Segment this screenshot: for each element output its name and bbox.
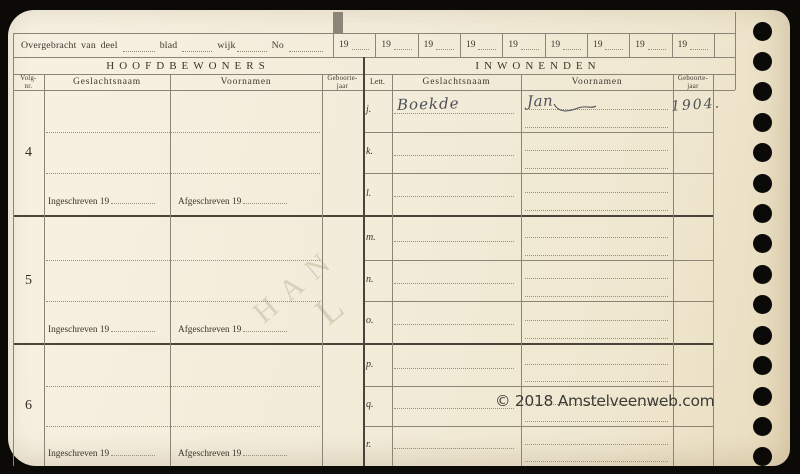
year-cell: 19 (672, 33, 714, 57)
volgnr-value: 5 (13, 218, 44, 343)
wijk-label: wijk (217, 40, 235, 51)
dotted-writing-line (46, 173, 320, 174)
grid-line-v (392, 74, 393, 466)
blank-cell (342, 12, 363, 33)
year-cell: 19 (587, 33, 629, 57)
dotted-fill-line (111, 201, 155, 204)
dotted-writing-line (394, 368, 514, 369)
column-header-voornamen-right: Voornamen (521, 74, 673, 90)
volgnr-value: 6 (13, 346, 44, 466)
scanned-register-card: HAN L 19 19 19 19 19 19 19 19 19 (0, 0, 800, 474)
lett-value: q. (366, 399, 388, 410)
year-prefix: 19 (551, 40, 561, 50)
blad-label: blad (160, 40, 178, 51)
binder-hole (753, 417, 772, 436)
column-header-lett: Lett. (363, 74, 392, 90)
binder-hole (753, 265, 772, 284)
transfer-row: Overgebracht van deel blad wijk No (13, 33, 341, 57)
column-header-geslachtsnaam-left: Geslachtsnaam (44, 74, 170, 90)
binder-hole (753, 234, 772, 253)
dotted-fill-line (436, 49, 454, 50)
dotted-writing-line (394, 196, 514, 197)
dotted-fill-line (352, 49, 370, 50)
dotted-writing-line (394, 241, 514, 242)
transfer-label: Overgebracht van deel (21, 40, 118, 51)
dotted-writing-line (46, 386, 320, 387)
ingeschreven-label: Ingeschreven 19 (48, 449, 155, 459)
year-cell: 19 (502, 33, 544, 57)
dotted-writing-line (394, 448, 514, 449)
column-header-volgnr: Volg- nr. (13, 74, 44, 90)
dotted-fill-line (243, 453, 287, 456)
grid-line-v (44, 74, 45, 466)
grid-line-h (363, 426, 713, 427)
grid-line-h (363, 301, 713, 302)
dotted-writing-line (525, 192, 668, 193)
lett-value: n. (366, 274, 388, 285)
column-header-line: Volg- (13, 75, 44, 83)
dotted-writing-line (525, 320, 668, 321)
dotted-writing-line (525, 364, 668, 365)
section-title-inwonenden: INWONENDEN (363, 58, 713, 74)
copyright-watermark: © 2018 Amstelveenweb.com (495, 392, 714, 410)
ingeschreven-text: Ingeschreven 19 (48, 325, 109, 335)
afgeschreven-label: Afgeschreven 19 (178, 197, 287, 207)
afgeschreven-text: Afgeschreven 19 (178, 325, 241, 335)
dotted-fill-line (111, 329, 155, 332)
binder-hole (753, 447, 772, 466)
ingeschreven-label: Ingeschreven 19 (48, 197, 155, 207)
column-header-geboortejaar-right: Geboorte- jaar (673, 74, 713, 90)
afgeschreven-text: Afgeschreven 19 (178, 197, 241, 207)
dotted-writing-line (525, 421, 668, 422)
year-prefix: 19 (466, 40, 476, 50)
year-prefix: 19 (635, 40, 645, 50)
lett-value: l. (366, 188, 388, 199)
grid-line-h (363, 386, 713, 387)
lett-value: j. (366, 104, 388, 115)
dotted-fill-line (111, 453, 155, 456)
dotted-fill-line (394, 49, 412, 50)
dotted-writing-line (525, 461, 668, 462)
section-divider-v (363, 57, 365, 466)
year-prefix: 19 (508, 40, 518, 50)
dotted-writing-line (46, 301, 320, 302)
lett-value: k. (366, 146, 388, 157)
blank-cell (714, 33, 735, 57)
dotted-writing-line (394, 324, 514, 325)
dotted-fill-line (563, 49, 581, 50)
binder-hole (753, 82, 772, 101)
binder-hole (753, 143, 772, 162)
lett-value: r. (366, 439, 388, 450)
lett-value: o. (366, 315, 388, 326)
grid-line-v (735, 12, 736, 90)
column-header-geslachtsnaam-right: Geslachtsnaam (392, 74, 521, 90)
year-cell: 19 (418, 33, 460, 57)
binder-hole (753, 295, 772, 314)
year-prefix: 19 (424, 40, 434, 50)
year-cell: 19 (375, 33, 417, 57)
binder-hole (753, 326, 772, 345)
dotted-writing-line (525, 210, 668, 211)
dotted-fill-line (289, 39, 323, 52)
dotted-writing-line (525, 127, 668, 128)
binder-hole (753, 174, 772, 193)
grid-line-h (363, 260, 713, 261)
dotted-fill-line (478, 49, 496, 50)
ingeschreven-text: Ingeschreven 19 (48, 197, 109, 207)
grid-line-h (13, 90, 735, 91)
dotted-fill-line (182, 39, 212, 52)
column-header-line: Geboorte- (322, 75, 363, 83)
volgnr-value: 4 (13, 90, 44, 215)
year-prefix: 19 (678, 40, 688, 50)
year-prefix: 19 (381, 40, 391, 50)
section-title-hoofdbewoners: HOOFDBEWONERS (13, 58, 363, 74)
dotted-fill-line (243, 329, 287, 332)
dotted-writing-line (394, 155, 514, 156)
afgeschreven-label: Afgeschreven 19 (178, 449, 287, 459)
binder-hole (753, 204, 772, 223)
dotted-fill-line (237, 39, 267, 52)
top-blank-row (333, 12, 735, 33)
binder-hole (753, 52, 772, 71)
dotted-fill-line (605, 49, 623, 50)
dotted-writing-line (525, 255, 668, 256)
column-header-geboortejaar-left: Geboorte- jaar (322, 74, 363, 90)
dotted-fill-line (243, 201, 287, 204)
handwriting-geslachtsnaam: Boekde (397, 94, 460, 114)
dotted-fill-line (648, 49, 666, 50)
lett-value: m. (366, 232, 388, 243)
dotted-writing-line (46, 132, 320, 133)
afgeschreven-text: Afgeschreven 19 (178, 449, 241, 459)
binder-hole (753, 387, 772, 406)
dotted-writing-line (525, 444, 668, 445)
dotted-writing-line (525, 168, 668, 169)
grid-line-h (363, 132, 713, 133)
dotted-writing-line (525, 296, 668, 297)
handwriting-flourish (552, 99, 598, 115)
handwriting-voornamen: Jan (527, 92, 554, 111)
grid-line-h (363, 173, 713, 174)
column-header-line: Geboorte- (673, 75, 713, 83)
year-cell: 19 (629, 33, 671, 57)
lett-value: p. (366, 359, 388, 370)
column-header-line: jaar (322, 83, 363, 91)
dotted-writing-line (525, 338, 668, 339)
year-cell: 19 (460, 33, 502, 57)
ingeschreven-text: Ingeschreven 19 (48, 449, 109, 459)
dotted-writing-line (46, 426, 320, 427)
afgeschreven-label: Afgeschreven 19 (178, 325, 287, 335)
dotted-fill-line (123, 39, 155, 52)
column-header-line: jaar (673, 83, 713, 91)
binder-hole (753, 113, 772, 132)
column-header-voornamen-left: Voornamen (170, 74, 322, 90)
dotted-fill-line (690, 49, 708, 50)
ingeschreven-label: Ingeschreven 19 (48, 325, 155, 335)
grid-line-v (322, 74, 323, 466)
binder-hole (753, 22, 772, 41)
year-cell: 19 (545, 33, 587, 57)
dotted-writing-line (46, 260, 320, 261)
year-cell-row: 19 19 19 19 19 19 19 19 19 (333, 33, 735, 57)
dotted-writing-line (525, 150, 668, 151)
year-prefix: 19 (593, 40, 603, 50)
no-label: No (272, 40, 284, 51)
dotted-fill-line (521, 49, 539, 50)
dotted-writing-line (525, 278, 668, 279)
dotted-writing-line (394, 283, 514, 284)
dotted-writing-line (525, 381, 668, 382)
dotted-writing-line (525, 237, 668, 238)
binder-hole (753, 356, 772, 375)
